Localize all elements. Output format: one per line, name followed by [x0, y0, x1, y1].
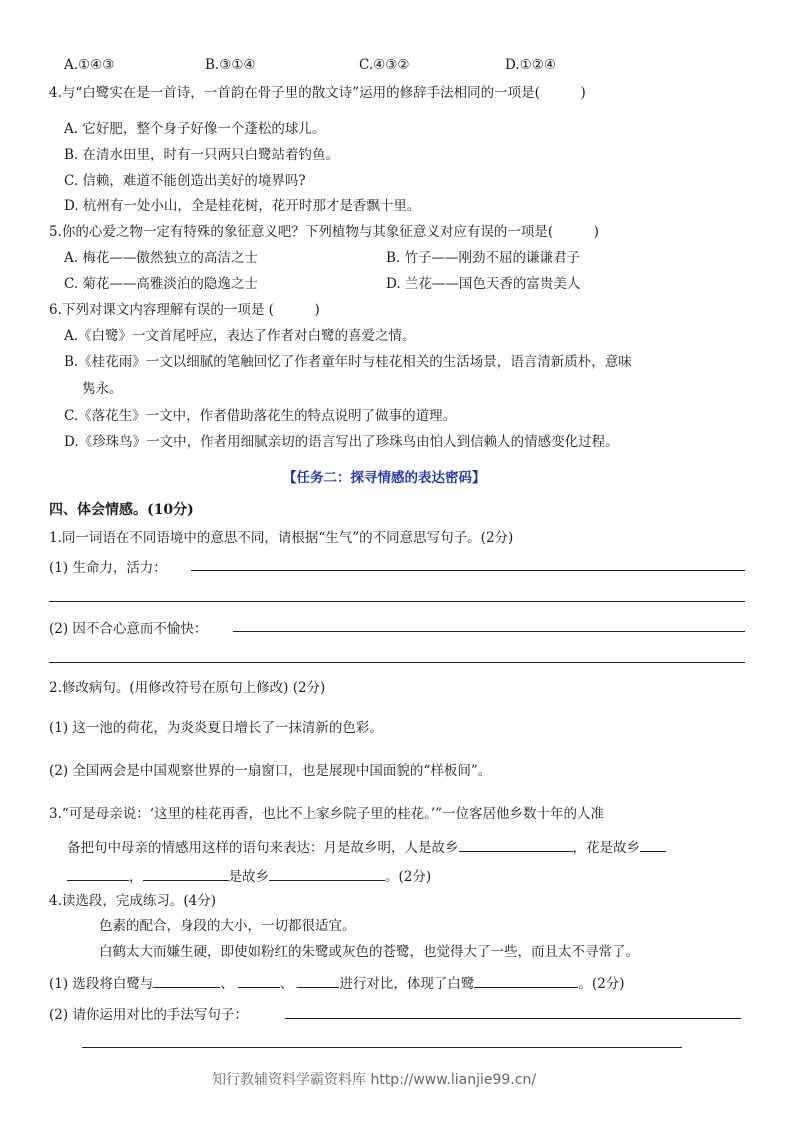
s4-q4-blank-2[interactable]: [238, 973, 280, 988]
s4-q4-passage-2: 白鹤太大而嫌生硬，即使如粉红的朱鹭或灰色的苍鹭，也觉得大了一些，而且太不寻常了。: [99, 940, 639, 960]
q5-option-a: A. 梅花——傲然独立的高洁之士: [64, 246, 258, 266]
q3-option-b: B.③①④: [205, 57, 256, 73]
s4-q3-line2-text-a: 备把句中母亲的情感用这样的语句来表达：月是故乡明，人是故乡: [67, 840, 459, 856]
s4-q3-blank-1[interactable]: [459, 837, 573, 852]
s4-q3-blank-3[interactable]: [143, 866, 229, 881]
s4-q4-stem: 4.读选段，完成练习。(4分): [49, 889, 216, 909]
q6-option-a: A.《白鹭》一文首尾呼应，表达了作者对白鹭的喜爱之情。: [64, 324, 416, 344]
s4-q3-line1: 3.“可是母亲说：‘这里的桂花再香，也比不上家乡院子里的桂花。’”一位客居他乡数…: [49, 802, 604, 822]
s4-q4-blank-3[interactable]: [297, 973, 339, 988]
s4-q1-stem: 1.同一词语在不同语境中的意思不同，请根据“生气”的不同意思写句子。(2分): [49, 526, 513, 546]
q3-option-d: D.①②④: [505, 57, 556, 73]
s4-q3-blank-4[interactable]: [269, 866, 385, 881]
s4-q3-line2-text-b: ，花是故乡: [573, 840, 641, 856]
s4-q3-line3-text-a: ，: [129, 869, 143, 885]
q3-option-a: A.①④③: [64, 57, 114, 73]
q3-option-c: C.④③②: [359, 57, 409, 73]
q4-option-d: D. 杭州有一处小山，全是桂花树，花开时那才是香飘十里。: [64, 194, 420, 214]
q5-option-c: C. 菊花——高雅淡泊的隐逸之士: [64, 272, 258, 292]
q4-stem: 4.与“白鹭实在是一首诗，一首韵在骨子里的散文诗”运用的修辞手法相同的一项是( …: [49, 81, 586, 101]
q6-option-b-cont: 隽永。: [82, 377, 123, 397]
q6-option-c: C.《落花生》一文中，作者借助落花生的特点说明了做事的道理。: [64, 404, 456, 424]
s4-q4-item1-text-a: (1) 选段将白鹭与: [49, 976, 153, 992]
s4-q3-line2: 备把句中母亲的情感用这样的语句来表达：月是故乡明，人是故乡，花是故乡: [67, 836, 666, 856]
s4-q3-line3: ，是故乡。(2分): [67, 865, 431, 885]
q5-option-d: D. 兰花——国色天香的富贵美人: [386, 272, 580, 292]
s4-q2-item2: (2) 全国两会是中国观察世界的一扇窗口，也是展现中国面貌的“样板间”。: [49, 759, 491, 779]
task2-title: 【任务二：探寻情感的表达密码】: [283, 466, 486, 486]
q5-option-b: B. 竹子——刚劲不屈的谦谦君子: [386, 246, 580, 266]
q4-option-a: A. 它好肥，整个身子好像一个蓬松的球儿。: [64, 117, 325, 137]
section4-title: 四、体会情感。(10分): [49, 499, 194, 519]
s4-q1-item1-answer-line-2[interactable]: [49, 601, 745, 602]
s4-q4-sep-2: 、: [280, 976, 294, 992]
s4-q3-line3-text-c: 。(2分): [385, 869, 431, 885]
s4-q1-item2-label: (2) 因不合心意而不愉快：: [49, 617, 207, 637]
s4-q3-blank-2a[interactable]: [640, 837, 666, 852]
s4-q3-line3-text-b: 是故乡: [229, 869, 270, 885]
q4-option-b: B. 在清水田里，时有一只两只白鹭站着钓鱼。: [64, 143, 339, 163]
s4-q2-item1: (1) 这一池的荷花，为炎炎夏日增长了一抹清新的色彩。: [49, 716, 383, 736]
s4-q4-item2-answer-line[interactable]: [285, 1018, 741, 1019]
s4-q1-item2-answer-line-2[interactable]: [49, 662, 745, 663]
q6-option-d: D.《珍珠鸟》一文中，作者用细腻亲切的语言写出了珍珠鸟由怕人到信赖人的情感变化过…: [64, 430, 619, 450]
footer-watermark: 知行教辅资料学霸资料库 http://www.lianjie99.cn/: [212, 1069, 536, 1089]
q4-option-c: C. 信赖，难道不能创造出美好的境界吗?: [64, 169, 306, 189]
s4-q4-item2-label: (2) 请你运用对比的手法写句子：: [49, 1003, 248, 1023]
s4-q4-item2-answer-line-2[interactable]: [82, 1047, 682, 1048]
s4-q4-item1-text-c: 。(2分): [578, 976, 624, 992]
s4-q4-passage-1: 色素的配合，身段的大小，一切都很适宜。: [99, 914, 356, 934]
s4-q4-blank-4[interactable]: [474, 973, 578, 988]
s4-q2-stem: 2.修改病句。(用修改符号在原句上修改) (2分): [49, 676, 325, 696]
s4-q4-sep-1: 、: [220, 976, 234, 992]
q6-option-b: B.《桂花雨》一文以细腻的笔触回忆了作者童年时与桂花相关的生活场景，语言清新质朴…: [64, 350, 632, 370]
s4-q3-blank-2b[interactable]: [67, 866, 129, 881]
s4-q4-item1-text-b: 进行对比，体现了白鹭: [339, 976, 474, 992]
s4-q1-item1-label: (1) 生命力，活力：: [49, 556, 167, 576]
s4-q4-blank-1[interactable]: [153, 973, 220, 988]
s4-q4-item1: (1) 选段将白鹭与、、进行对比，体现了白鹭。(2分): [49, 972, 625, 992]
q6-stem: 6.下列对课文内容理解有误的一项是 ( ): [49, 298, 320, 318]
s4-q1-item1-answer-line[interactable]: [191, 570, 745, 571]
s4-q1-item2-answer-line[interactable]: [233, 631, 745, 632]
q5-stem: 5.你的心爱之物一定有特殊的象征意义吧？下列植物与其象征意义对应有误的一项是( …: [49, 220, 599, 240]
